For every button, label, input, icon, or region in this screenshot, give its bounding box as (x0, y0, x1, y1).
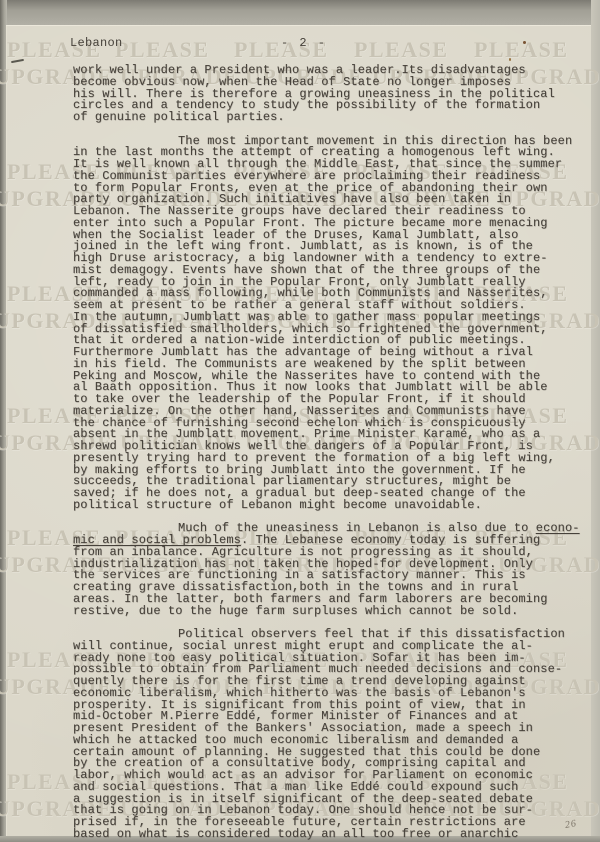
body-text: work well under a President who was a le… (73, 65, 578, 841)
paragraph: work well under a President who was a le… (73, 65, 578, 124)
pencil-page-mark: 26 (564, 818, 578, 831)
underlined-text: econo- (536, 521, 580, 535)
page-header: Lebanon - 2 - (0, 36, 600, 50)
text-line: restive, due to the huge farm surpluses … (73, 606, 578, 618)
text-line: political structure of Lebanon might bec… (73, 500, 578, 512)
paragraph: The most important movement in this dire… (73, 136, 578, 512)
paragraph: Political observers feel that if this di… (73, 629, 578, 841)
region-label: Lebanon (70, 36, 123, 50)
text-line: based on what is considered today an all… (73, 829, 578, 841)
pencil-dash-mark (11, 59, 24, 63)
page-number: - 2 - (281, 36, 327, 50)
text-line: of genuine political parties. (73, 112, 578, 124)
paragraph: Much of the uneasiness in Lebanon is als… (73, 523, 578, 617)
typewritten-text-layer: Lebanon - 2 - work well under a Presiden… (0, 0, 600, 842)
